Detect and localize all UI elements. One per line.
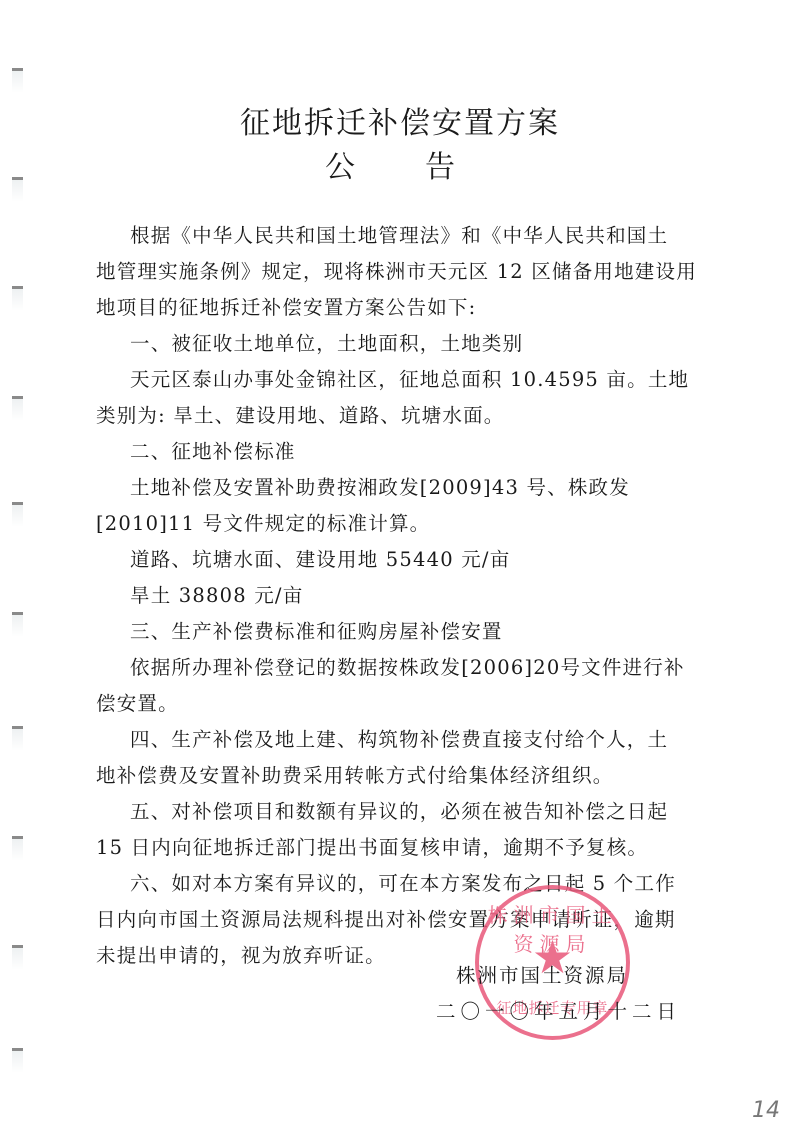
- body-line: 地项目的征地拆迁补偿安置方案公告如下:: [96, 292, 476, 320]
- binding-hole-mark: [12, 396, 23, 421]
- section-heading-3: 三、生产补偿费标准和征购房屋补偿安置: [130, 616, 503, 644]
- body-line: 天元区泰山办事处金锦社区，征地总面积 10.4595 亩。土地: [130, 364, 689, 392]
- body-line: 六、如对本方案有异议的，可在本方案发布之日起 5 个工作: [130, 868, 676, 896]
- body-line: 地管理实施条例》规定，现将株洲市天元区 12 区储备用地建设用: [96, 256, 697, 284]
- body-line: 类别为: 旱土、建设用地、道路、坑塘水面。: [96, 400, 504, 428]
- signature-organization: 株洲市国土资源局: [456, 960, 628, 988]
- body-line: 未提出申请的，视为放弃听证。: [96, 940, 386, 968]
- body-line: 五、对补偿项目和数额有异议的，必须在被告知补偿之日起: [130, 796, 668, 824]
- document-title: 征地拆迁补偿安置方案: [0, 98, 800, 142]
- binding-hole-mark: [12, 612, 23, 637]
- body-line: 四、生产补偿及地上建、构筑物补偿费直接支付给个人，土: [130, 724, 668, 752]
- signature-date: 二〇一〇年五月十二日: [436, 996, 681, 1024]
- document-subtitle: 公 告: [0, 142, 800, 186]
- binding-hole-mark: [12, 836, 23, 861]
- section-heading-2: 二、征地补偿标准: [130, 436, 296, 464]
- binding-hole-mark: [12, 1048, 23, 1073]
- body-line: 15 日内向征地拆迁部门提出书面复核申请，逾期不予复核。: [96, 832, 648, 860]
- binding-hole-mark: [12, 68, 23, 93]
- body-line: 土地补偿及安置补助费按湘政发[2009]43 号、株政发: [130, 472, 630, 500]
- compensation-rate-line: 旱土 38808 元/亩: [130, 580, 303, 608]
- body-line: 地补偿费及安置补助费采用转帐方式付给集体经济组织。: [96, 760, 614, 788]
- body-line: 根据《中华人民共和国土地管理法》和《中华人民共和国土: [130, 220, 668, 248]
- binding-hole-mark: [12, 286, 23, 311]
- handwritten-page-number: 14: [752, 1098, 780, 1123]
- binding-hole-mark: [12, 726, 23, 751]
- section-heading-1: 一、被征收土地单位，土地面积，土地类别: [130, 328, 523, 356]
- body-line: 偿安置。: [96, 688, 179, 716]
- body-line: [2010]11 号文件规定的标准计算。: [96, 508, 430, 536]
- binding-hole-mark: [12, 945, 23, 970]
- compensation-rate-line: 道路、坑塘水面、建设用地 55440 元/亩: [130, 544, 510, 572]
- binding-hole-mark: [12, 502, 23, 527]
- body-line: 依据所办理补偿登记的数据按株政发[2006]20号文件进行补: [130, 652, 685, 680]
